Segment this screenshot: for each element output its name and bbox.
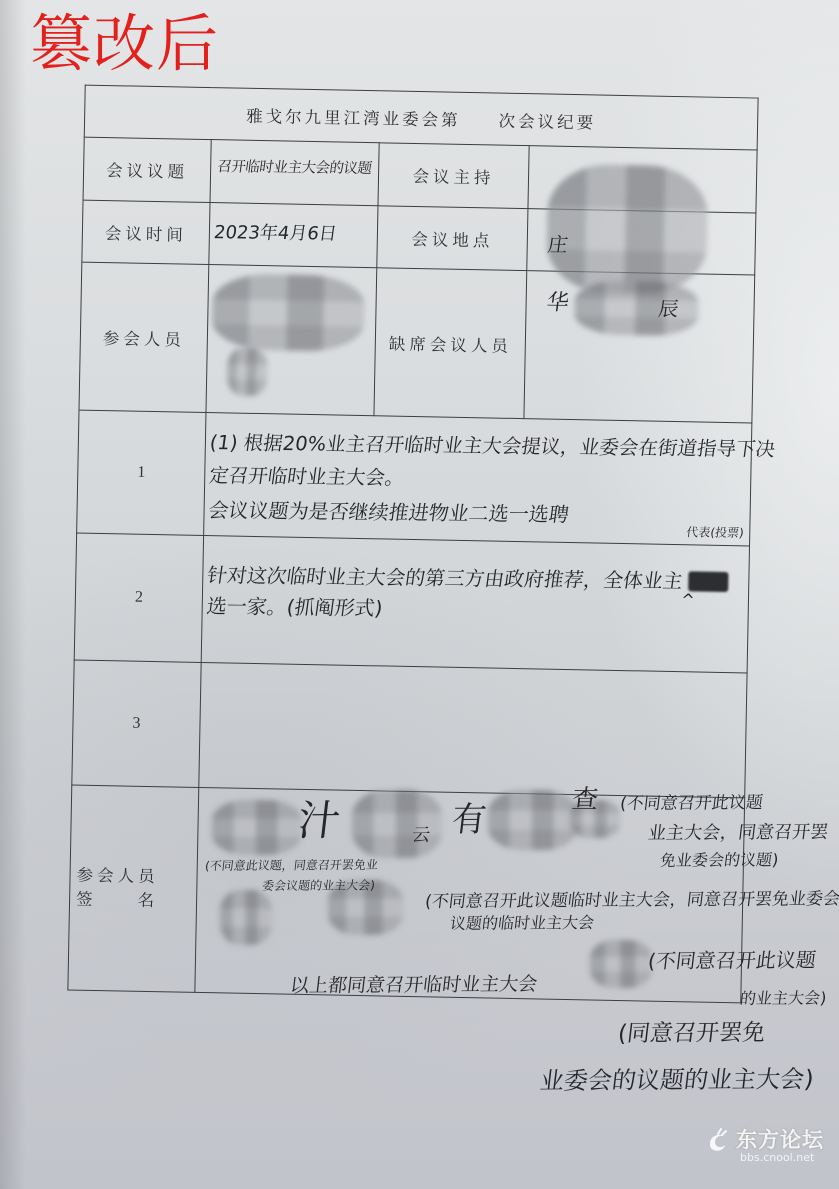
absentee-fragment: 华 — [545, 292, 570, 316]
annotation-line: (不同意召开此议题临时业主大会，同意召开罢免业委会 — [424, 890, 839, 912]
watermark-url: bbs.cnool.net — [740, 1151, 814, 1164]
attendees-redaction — [227, 347, 268, 396]
item-content — [199, 662, 747, 797]
annotation-line: (同意召开罢免 — [617, 1021, 767, 1047]
absentees-redaction — [574, 280, 699, 336]
time-value-cell: 2023年4月6日 — [209, 203, 378, 268]
signature-redaction — [590, 940, 652, 988]
item-number: 3 — [72, 660, 201, 787]
attendees-label: 参会人员 — [79, 262, 209, 412]
meeting-number-blank — [461, 125, 499, 126]
item-line: 会议议题为是否继续推进物业二选一选聘 — [207, 499, 570, 525]
forum-logo-icon — [706, 1128, 732, 1154]
topic-label: 会议议题 — [83, 137, 211, 202]
item-number: 2 — [74, 533, 203, 662]
signature-label-line1: 参会人员 — [76, 864, 158, 890]
signature-fragment: 汁 — [295, 798, 342, 844]
absentees-label: 缺席会议人员 — [374, 268, 527, 419]
title-prefix: 雅戈尔九里江湾业委会第 — [246, 106, 461, 129]
annotation-line: 委会议题的业主大会) — [261, 879, 375, 893]
signature-redaction — [220, 890, 272, 945]
annotation-line: 业主大会，同意召开罢 — [647, 823, 829, 844]
host-label: 会议主持 — [378, 143, 529, 209]
annotation-line: 的业主大会) — [739, 989, 827, 1007]
agenda-item-row: 2 针对这次临时业主大会的第三方由政府推荐，全体业主 选一家。(抓阄形式) 代表… — [74, 533, 749, 673]
title-suffix: 次会议纪要 — [498, 111, 596, 132]
forum-watermark: 东方论坛 bbs.cnool.net — [706, 1124, 836, 1168]
crossed-out-text — [688, 571, 728, 592]
location-fragment: 庄 — [546, 234, 569, 256]
attendees-redaction — [212, 273, 365, 352]
item-line: (1) 根据20%业主召开临时业主大会提议，业委会在街道指导下决 — [208, 432, 776, 460]
absentee-fragment: 辰 — [657, 298, 680, 320]
inserted-text: 代表(投票) — [685, 526, 744, 540]
annotation-line: (不同意此议题，同意召开罢免业 — [204, 859, 378, 873]
time-label: 会议时间 — [82, 200, 210, 264]
signature-fragment: 云 — [411, 826, 431, 846]
signature-redaction — [212, 800, 302, 855]
topic-value-cell: 召开临时业主大会的议题 — [210, 140, 379, 206]
item-content: 针对这次临时业主大会的第三方由政府推荐，全体业主 选一家。(抓阄形式) 代表(投… — [201, 535, 749, 672]
watermark-brand: 东方论坛 — [736, 1124, 824, 1154]
item-line: 针对这次临时业主大会的第三方由政府推荐，全体业主 — [206, 565, 684, 593]
annotation-line: 议题的临时业主大会 — [449, 914, 595, 933]
location-label: 会议地点 — [377, 206, 528, 271]
signature-fragment: 查 — [570, 786, 599, 815]
agenda-item-row: 3 — [72, 660, 747, 798]
insert-caret: ^ — [680, 591, 696, 609]
signature-label-cell: 参会人员 签 名 — [68, 785, 199, 992]
item-number: 1 — [77, 410, 206, 535]
signature-redaction — [488, 790, 578, 850]
topic-value: 召开临时业主大会的议题 — [216, 160, 372, 178]
annotation-line: 业委会的议题的业主大会) — [538, 1066, 815, 1094]
signature-label-left: 签 — [76, 888, 93, 912]
meeting-minutes-form: 雅戈尔九里江湾业委会第次会议纪要 会议议题 召开临时业主大会的议题 会议主持 会… — [67, 85, 757, 1003]
time-value: 2023年4月6日 — [213, 223, 338, 244]
annotation-line: 以上都同意召开临时业主大会 — [289, 974, 539, 997]
signature-label-right: 名 — [137, 889, 154, 913]
signature-label-line2: 签 名 — [76, 888, 154, 913]
annotation-line: (不同意召开此议题 — [647, 949, 817, 972]
item-content: (1) 根据20%业主召开临时业主大会提议，业委会在街道指导下决 定召开临时业主… — [204, 413, 752, 546]
signature-label: 参会人员 签 名 — [76, 864, 159, 914]
annotation-line: 免业委会的议题) — [659, 851, 779, 869]
annotation-line: (不同意召开此议题 — [619, 794, 764, 814]
signature-fragment: 有 — [450, 802, 488, 840]
tampered-stamp-label: 篡改后 — [30, 14, 219, 76]
item-line: 选一家。(抓阄形式) — [205, 595, 384, 619]
agenda-item-row: 1 (1) 根据20%业主召开临时业主大会提议，业委会在街道指导下决 定召开临时… — [77, 410, 752, 546]
item-line: 定召开临时业主大会。 — [208, 465, 406, 489]
host-location-redaction — [546, 164, 708, 295]
